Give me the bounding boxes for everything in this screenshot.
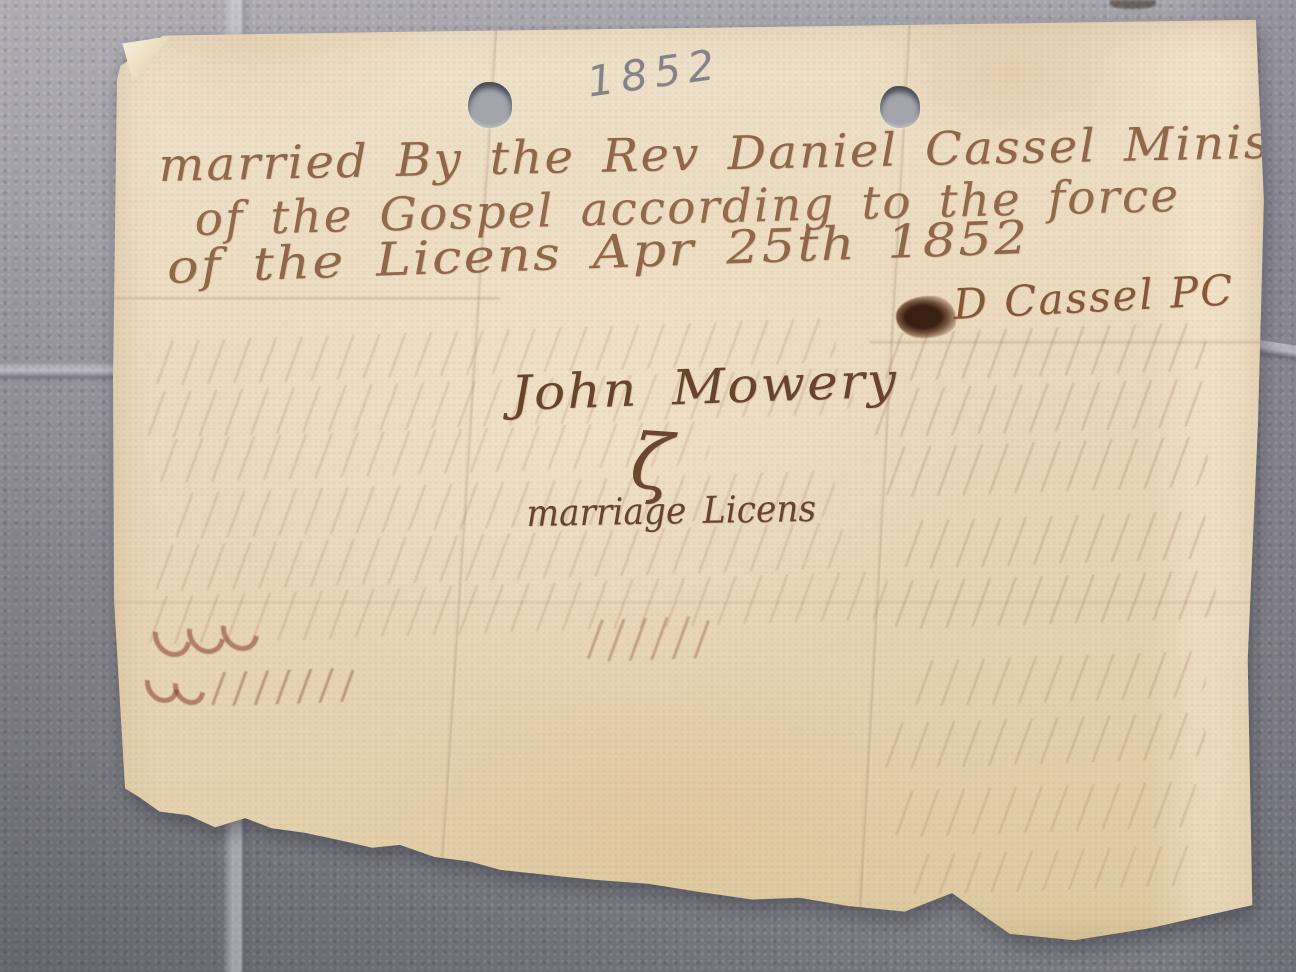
minister-signature: D Cassel PC [952,265,1236,329]
bleed-through-strip [877,436,1209,497]
bleed-through-strip [905,651,1206,707]
pencil-year: 1852 [584,39,724,106]
punch-hole-left [468,82,512,128]
bleed-through-strip [201,667,362,707]
photo-scene: 1852 married By the Rev Daniel Cassel Mi… [0,0,1296,972]
punch-hole-right [880,86,920,128]
bleed-ring [166,665,211,712]
crease-horizontal-left [110,296,500,301]
bleed-through-strip [865,378,1211,438]
surface-groove-left [0,362,122,382]
surface-ink-mark [1110,0,1156,9]
bleed-through-strip [895,511,1211,570]
ink-blot [896,296,956,338]
bleed-through-strip [901,845,1202,895]
docket-label: marriage Licens [526,487,816,535]
bleed-through-strip [875,712,1206,769]
document-paper: 1852 married By the Rev Daniel Cassel Mi… [110,18,1265,944]
bleed-through-strip [885,780,1204,837]
bleed-through-strip [579,616,715,663]
document-paper-wrap: 1852 married By the Rev Daniel Cassel Mi… [110,18,1265,944]
bleed-through-strip [885,570,1216,629]
